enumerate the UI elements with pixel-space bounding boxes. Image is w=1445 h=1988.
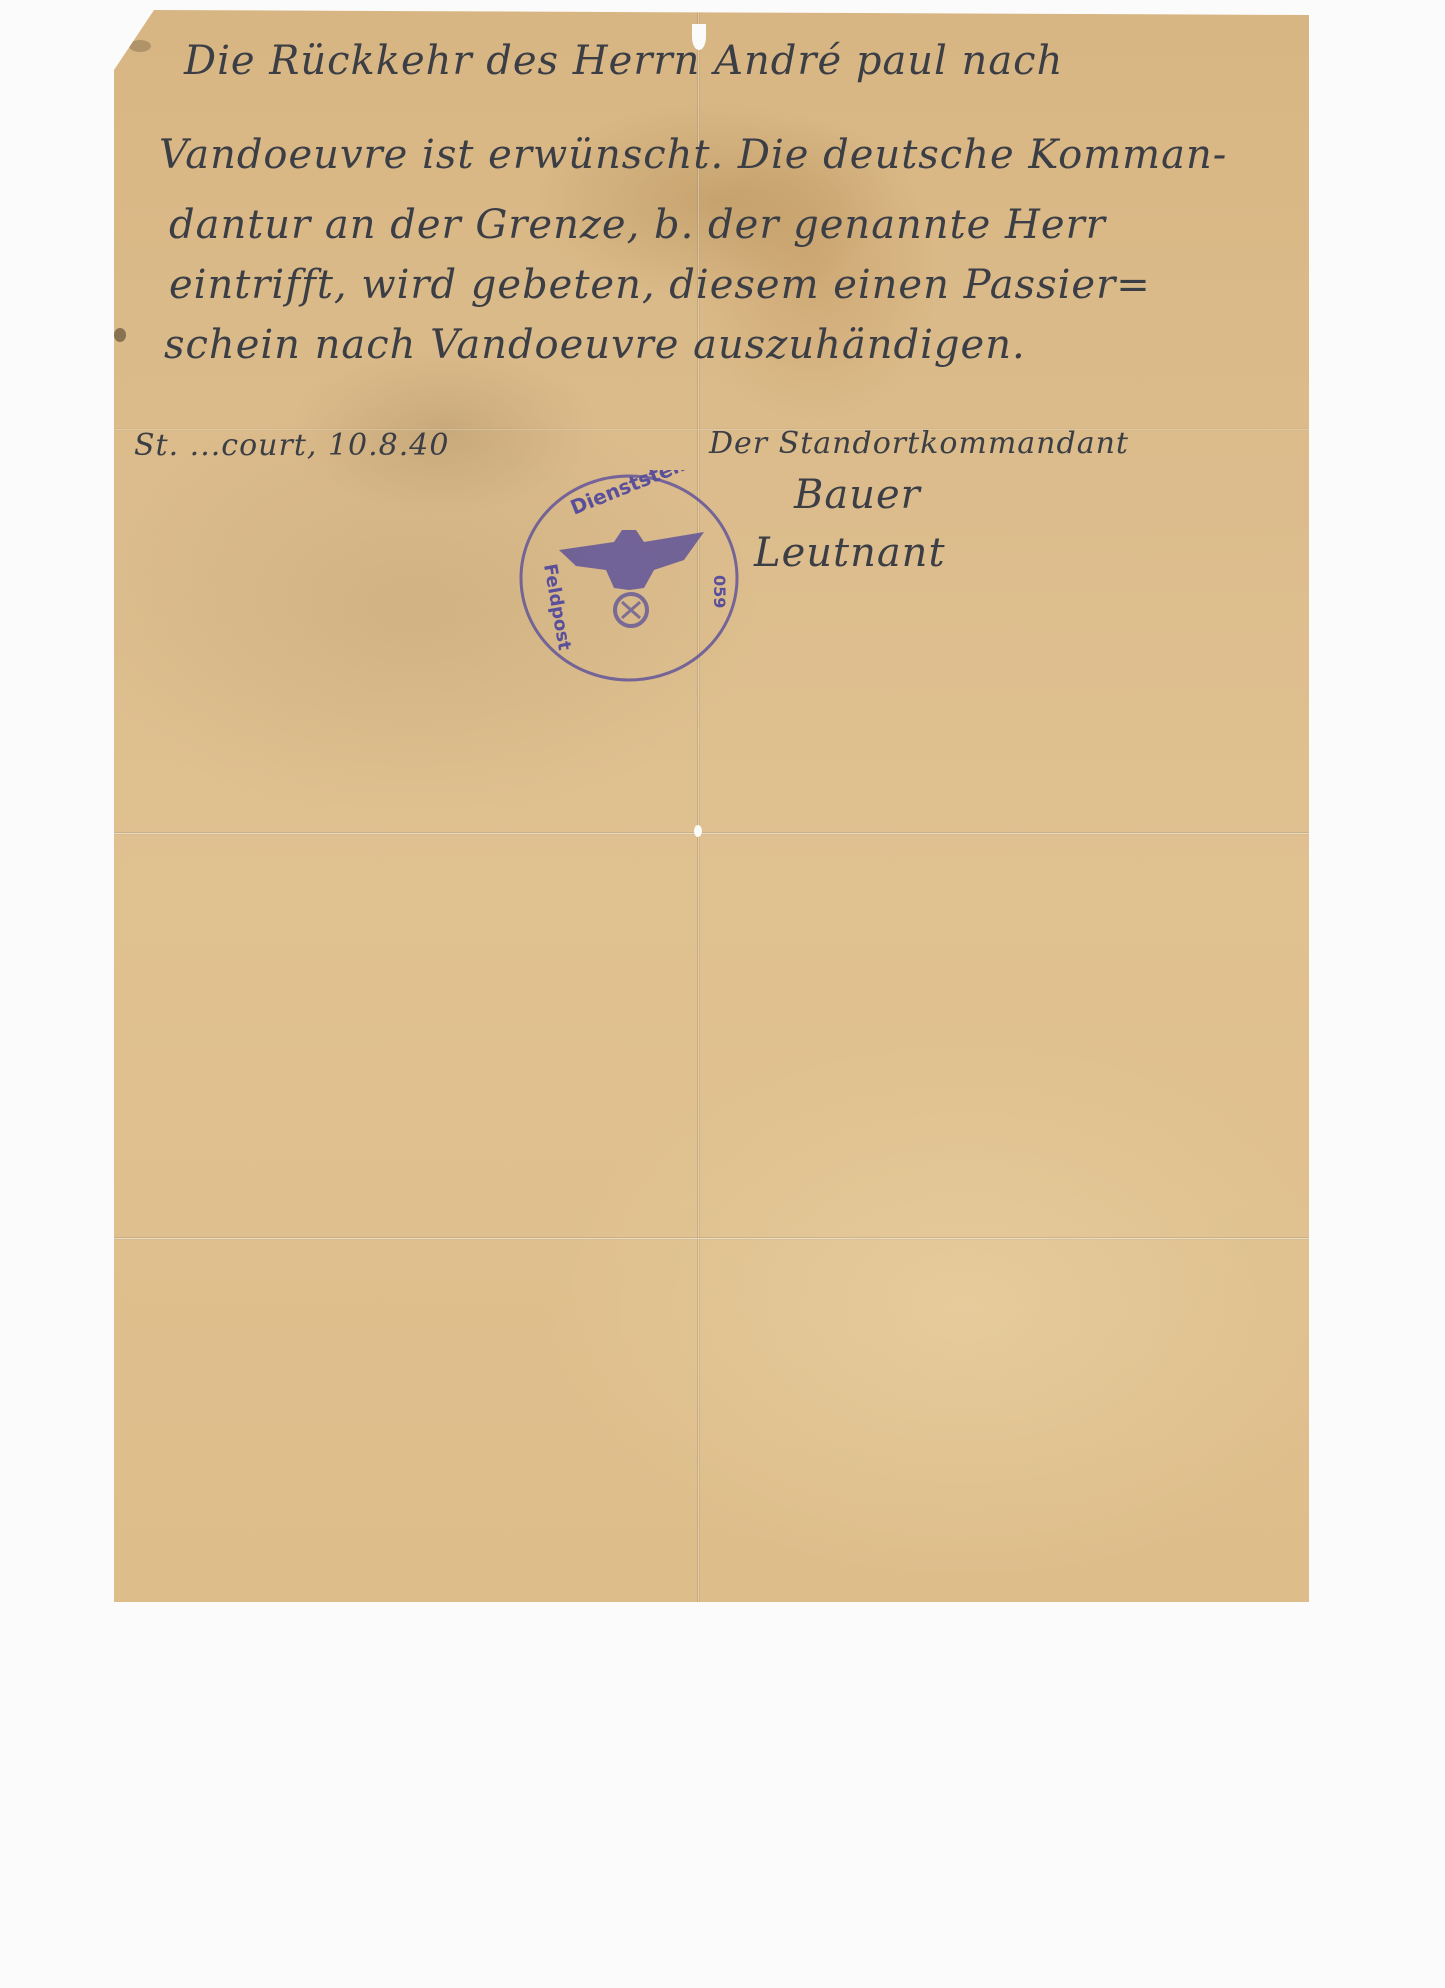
stain: [129, 40, 151, 52]
official-stamp: Dienststelle Feldpost 059: [514, 470, 744, 685]
eagle-emblem-icon: Dienststelle Feldpost 059: [514, 470, 744, 685]
vertical-fold-crease: [697, 10, 700, 1602]
signature-name: Bauer: [794, 472, 921, 518]
svg-text:Feldpost: Feldpost: [539, 562, 575, 652]
signature-title: Der Standortkommandant: [709, 426, 1129, 461]
paper-hole: [694, 825, 702, 837]
paper-tear: [692, 24, 706, 50]
document-sheet: Die Rückkehr des Herrn André paul nach V…: [114, 10, 1309, 1602]
text-line-4: eintrifft, wird gebeten, diesem einen Pa…: [169, 262, 1151, 308]
signature-rank: Leutnant: [754, 530, 946, 576]
text-line-3: dantur an der Grenze, b. der genannte He…: [169, 202, 1106, 248]
text-line-1: Die Rückkehr des Herrn André paul nach: [184, 38, 1063, 84]
horizontal-fold-crease: [114, 832, 1309, 835]
place-date: St. ...court, 10.8.40: [134, 428, 449, 463]
horizontal-fold-crease: [114, 1237, 1309, 1240]
svg-text:059: 059: [710, 575, 729, 608]
text-line-5: schein nach Vandoeuvre auszuhändigen.: [164, 322, 1026, 368]
svg-text:Dienststelle: Dienststelle: [567, 470, 701, 520]
text-line-2: Vandoeuvre ist erwünscht. Die deutsche K…: [159, 132, 1227, 178]
ink-blot: [114, 328, 126, 342]
